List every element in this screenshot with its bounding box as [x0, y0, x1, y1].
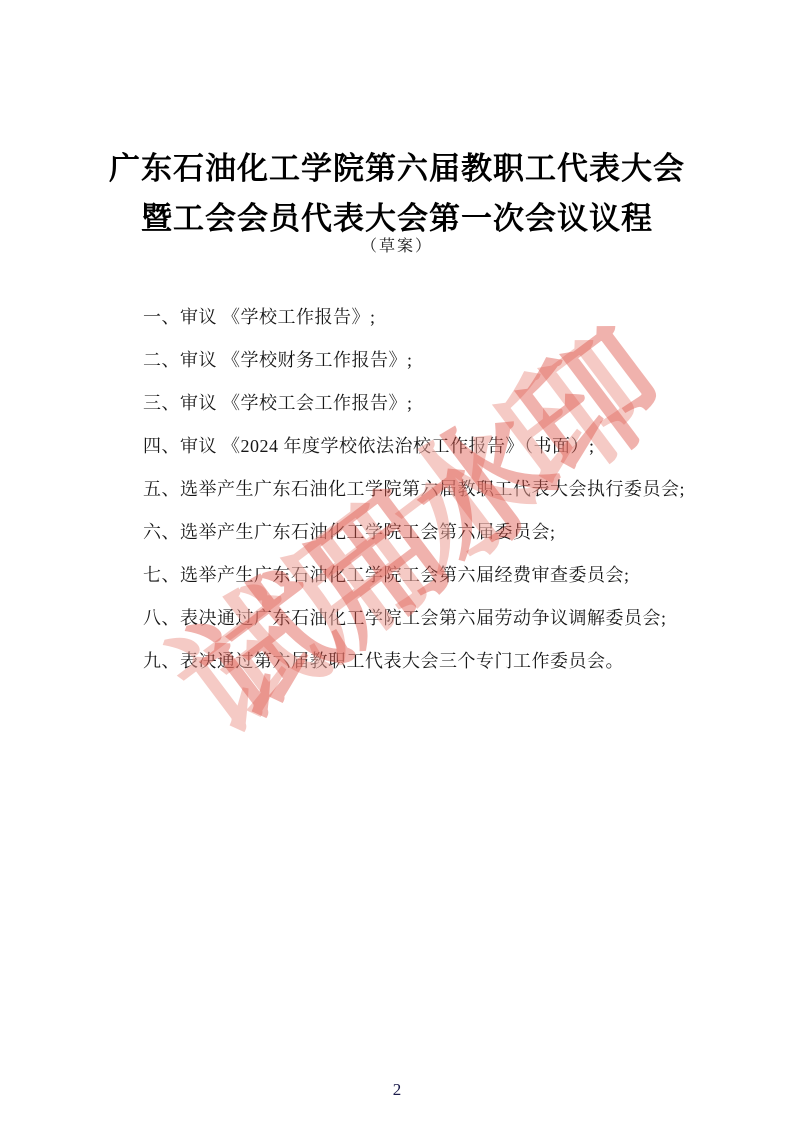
agenda-list: 一、审议 《学校工作报告》; 二、审议 《学校财务工作报告》; 三、审议 《学校… — [143, 308, 704, 695]
agenda-item-6: 六、选举产生广东石油化工学院工会第六届委员会; — [143, 523, 704, 541]
page-number: 2 — [0, 1080, 794, 1100]
agenda-item-9: 九、表决通过第六届教职工代表大会三个专门工作委员会。 — [143, 652, 704, 670]
agenda-item-5: 五、选举产生广东石油化工学院第六届教职工代表大会执行委员会; — [143, 480, 704, 498]
agenda-item-7: 七、选举产生广东石油化工学院工会第六届经费审查委员会; — [143, 566, 704, 584]
agenda-item-2: 二、审议 《学校财务工作报告》; — [143, 351, 704, 369]
document-subtitle-draft: （草案） — [0, 233, 794, 256]
agenda-item-8: 八、表决通过广东石油化工学院工会第六届劳动争议调解委员会; — [143, 609, 704, 627]
agenda-item-3: 三、审议 《学校工会工作报告》; — [143, 394, 704, 412]
document-title-line2: 暨工会会员代表大会第一次会议议程 — [0, 193, 794, 238]
document-title-line1: 广东石油化工学院第六届教职工代表大会 — [0, 143, 794, 188]
document-page: 广东石油化工学院第六届教职工代表大会 暨工会会员代表大会第一次会议议程 （草案）… — [0, 0, 794, 1123]
agenda-item-4: 四、审议 《2024 年度学校依法治校工作报告》（书面）; — [143, 437, 704, 455]
agenda-item-1: 一、审议 《学校工作报告》; — [143, 308, 704, 326]
